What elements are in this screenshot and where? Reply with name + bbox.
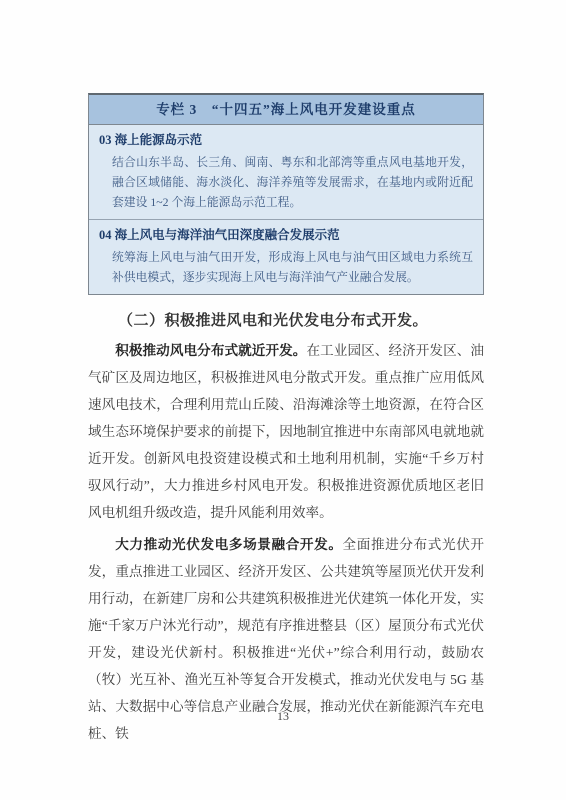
page-content: 专栏 3 “十四五”海上风电开发建设重点 03 海上能源岛示范 结合山东半岛、长… bbox=[88, 93, 484, 752]
panel-body: 03 海上能源岛示范 结合山东半岛、长三角、闽南、粤东和北部湾等重点风电基地开发… bbox=[89, 125, 483, 294]
document-page: 专栏 3 “十四五”海上风电开发建设重点 03 海上能源岛示范 结合山东半岛、长… bbox=[0, 0, 566, 800]
panel-item-text: 结合山东半岛、长三角、闽南、粤东和北部湾等重点风电基地开发，融合区域储能、海水淡… bbox=[99, 152, 473, 212]
section-heading: （二）积极推进风电和光伏发电分布式开发。 bbox=[88, 310, 484, 332]
panel-item-heading: 03 海上能源岛示范 bbox=[99, 131, 473, 149]
paragraph-text: 在工业园区、经济开发区、油气矿区及周边地区，积极推进风电分散式开发。重点推广应用… bbox=[88, 343, 484, 520]
panel-item: 04 海上风电与海洋油气田深度融合发展示范 统筹海上风电与油气田开发，形成海上风… bbox=[89, 219, 483, 294]
panel-title: 专栏 3 “十四五”海上风电开发建设重点 bbox=[89, 95, 483, 125]
panel-item-heading: 04 海上风电与海洋油气田深度融合发展示范 bbox=[99, 226, 473, 244]
page-number: 13 bbox=[0, 709, 566, 724]
highlight-panel: 专栏 3 “十四五”海上风电开发建设重点 03 海上能源岛示范 结合山东半岛、长… bbox=[88, 93, 484, 295]
paragraph-lead: 大力推动光伏发电多场景融合开发。 bbox=[115, 537, 342, 552]
panel-item: 03 海上能源岛示范 结合山东半岛、长三角、闽南、粤东和北部湾等重点风电基地开发… bbox=[89, 125, 483, 219]
panel-item-text: 统筹海上风电与油气田开发，形成海上风电与油气田区域电力系统互补供电模式，逐步实现… bbox=[99, 247, 473, 287]
body-paragraph: 积极推动风电分布式就近开发。在工业园区、经济开发区、油气矿区及周边地区，积极推进… bbox=[88, 337, 484, 526]
paragraph-lead: 积极推动风电分布式就近开发。 bbox=[115, 343, 306, 358]
